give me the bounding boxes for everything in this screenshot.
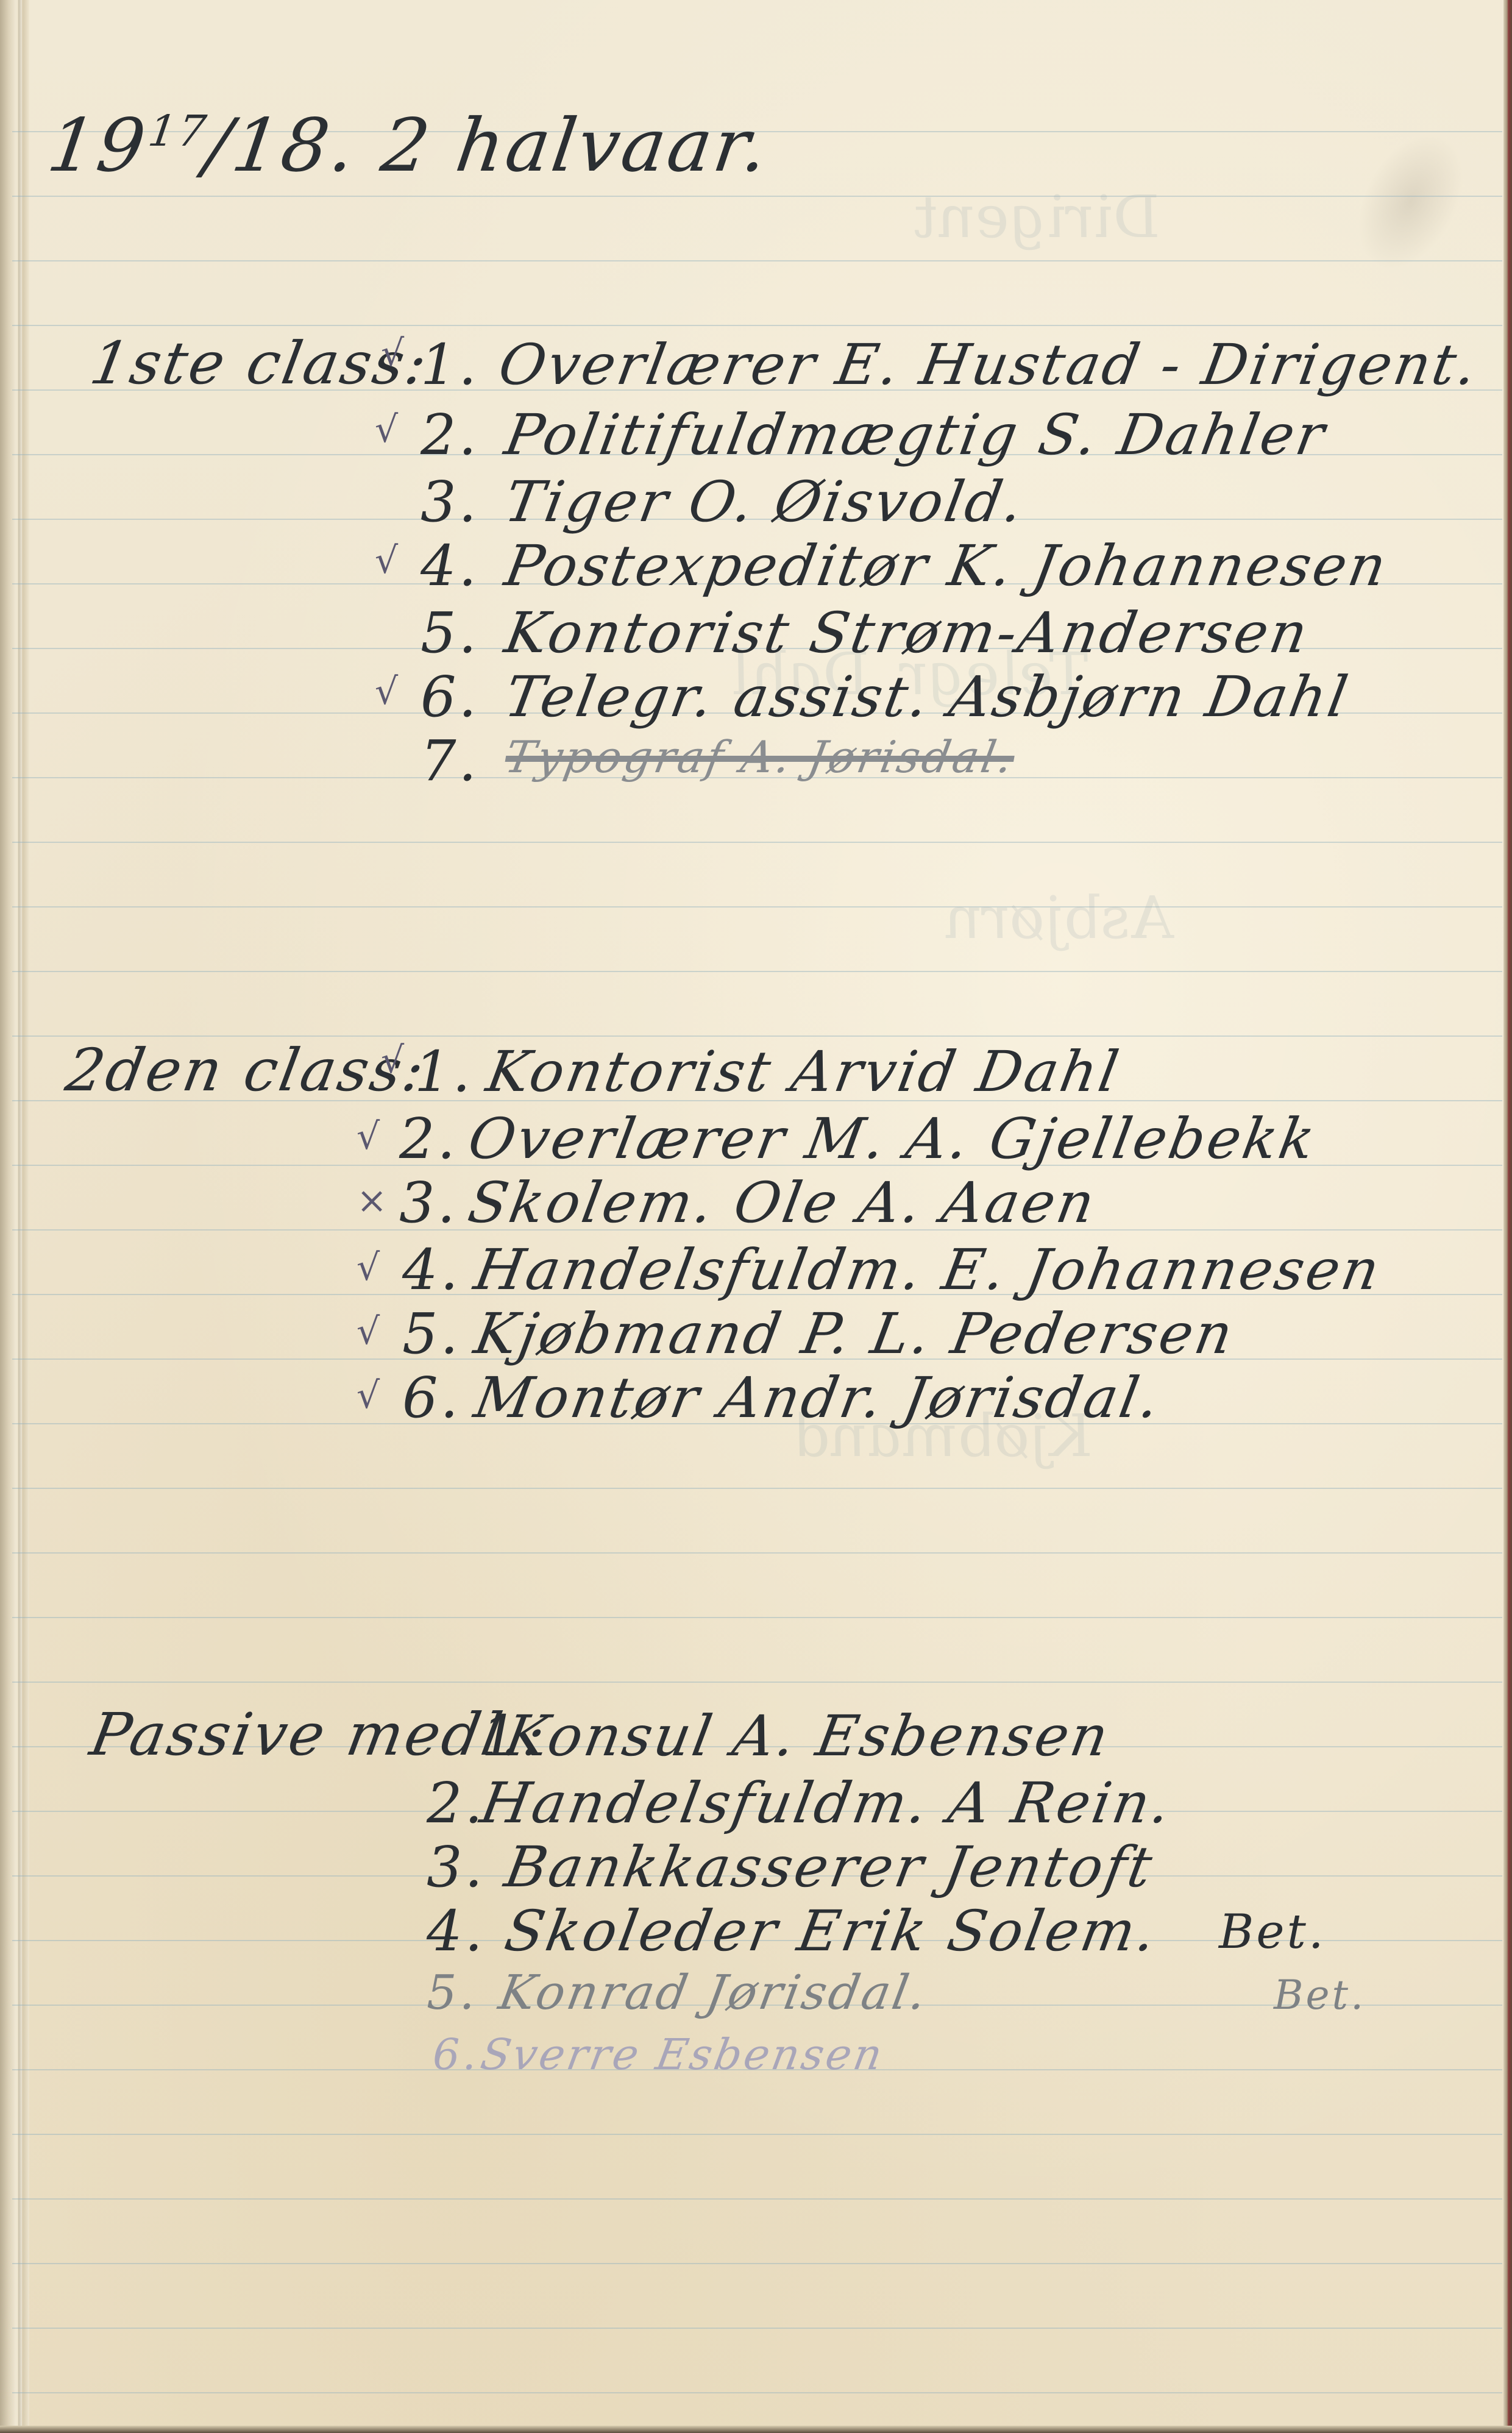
heading-year-super: 17 [145, 106, 211, 156]
entry-number: 3. [399, 1170, 458, 1235]
member-entry: Kontorist Strøm-Andersen [500, 600, 1315, 666]
member-entry: Konrad Jørisdal. [495, 1966, 932, 2020]
rule-line [12, 196, 1502, 197]
rule-line [12, 2392, 1502, 2393]
paid-note: Bet. [1219, 1905, 1326, 1959]
entry-number: 2. [421, 402, 479, 467]
bleed-through-text: Asbjørn [939, 884, 1179, 952]
rule-line [12, 1682, 1502, 1683]
gutter-fold [18, 0, 22, 2433]
check-mark: √ [375, 408, 400, 451]
section-label-second-class: 2den class: [61, 1036, 431, 1104]
entry-number: 2. [427, 1771, 485, 1836]
bleed-through-text: Dirigent [908, 183, 1166, 251]
entry-number: 3. [421, 469, 479, 535]
member-entry: Kjøbmand P. L. Pedersen [470, 1301, 1240, 1366]
check-mark: √ [375, 670, 400, 713]
entry-number: 5. [402, 1301, 461, 1366]
check-mark: √ [375, 539, 400, 582]
rule-line [12, 2134, 1502, 2135]
heading-year-sub: /18. [200, 104, 363, 188]
member-entry: Konsul A. Esbensen [500, 1703, 1116, 1769]
rule-line [12, 971, 1502, 972]
page-bottom-edge [0, 2426, 1512, 2433]
cross-mark: × [357, 1179, 389, 1222]
rule-line [12, 1552, 1502, 1554]
member-entry: Kontorist Arvid Dahl [482, 1039, 1126, 1104]
page-right-edge [1503, 0, 1512, 2433]
entry-number: 6. [421, 664, 479, 730]
check-mark: √ [357, 1246, 382, 1289]
check-mark: √ [357, 1374, 382, 1417]
check-mark: √ [357, 1310, 382, 1353]
heading-term: 2 halvaar. [376, 104, 775, 188]
rule-line [12, 1488, 1502, 1489]
entry-number: 1. [414, 1039, 473, 1104]
member-entry: Skoleder Erik Solem. [500, 1898, 1163, 1964]
ledger-page: Dirigent Telegr. Dahl Asbjørn Kjøbmand 1… [0, 0, 1512, 2433]
entry-number: 4. [421, 533, 479, 598]
member-entry: Handelsfuldm. A Rein. [476, 1771, 1178, 1836]
struck-member-entry: Typograf A. Jørisdal. [502, 731, 1019, 783]
member-entry: Overlærer E. Hustad - Dirigent. [494, 332, 1484, 397]
rule-line [12, 260, 1502, 261]
member-entry: Postexpeditør K. Johannesen [500, 533, 1394, 598]
entry-number: 7. [421, 728, 479, 794]
member-entry: Bankkasserer Jentoft [500, 1835, 1159, 1900]
check-mark: √ [381, 1039, 406, 1082]
heading-year-prefix: 19 [43, 104, 152, 188]
entry-number: 6. [402, 1365, 461, 1430]
entry-number: 2. [399, 1106, 458, 1171]
entry-number: 5. [421, 600, 479, 666]
member-entry: Skolem. Ole A. Aaen [464, 1170, 1102, 1235]
check-mark: √ [357, 1115, 382, 1158]
member-entry: Sverre Esbensen [477, 2030, 889, 2080]
entry-number: 5. [427, 1966, 477, 2020]
member-entry: Overlærer M. A. Gjellebekk [464, 1106, 1322, 1171]
rule-line [12, 2328, 1502, 2329]
member-entry: Handelsfuldm. E. Johannesen [470, 1237, 1386, 1302]
member-entry: Tiger O. Øisvold. [500, 469, 1031, 535]
entry-number: 6. [433, 2030, 478, 2080]
rule-line [12, 906, 1502, 907]
paid-note: Bet. [1274, 1972, 1366, 2019]
binding-gutter [0, 0, 29, 2433]
rule-line [12, 1617, 1502, 1618]
entry-number: 4. [427, 1898, 485, 1964]
entry-number: 3. [427, 1835, 485, 1900]
entry-number: 4. [402, 1237, 461, 1302]
rule-line [12, 2198, 1502, 2200]
rule-line [12, 2263, 1502, 2264]
page-heading: 1917/18. 2 halvaar. [43, 104, 775, 188]
rule-line [12, 842, 1502, 843]
member-entry: Telegr. assist. Asbjørn Dahl [500, 664, 1355, 730]
member-entry: Politifuldmægtig S. Dahler [500, 402, 1332, 467]
check-mark: √ [381, 332, 406, 375]
rule-line [12, 325, 1502, 326]
entry-number: 1. [421, 332, 479, 397]
member-entry: Montør Andr. Jørisdal. [470, 1365, 1167, 1430]
